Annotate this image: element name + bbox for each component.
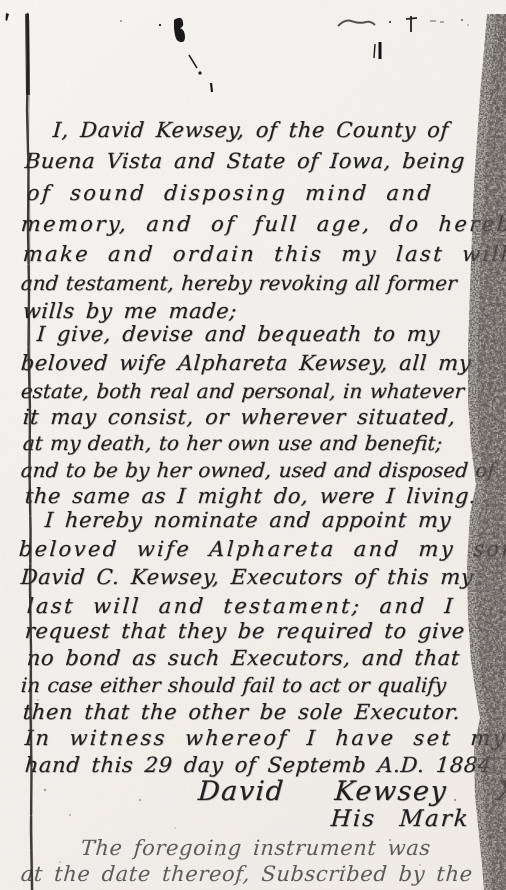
handwritten-line: David C. Kewsey, Executors of this my — [20, 565, 474, 589]
his-mark-label: His Mark — [330, 806, 471, 832]
ink-speck — [374, 44, 375, 58]
handwritten-line: the same as I might do, were I living. — [24, 484, 477, 508]
ink-blob — [174, 18, 185, 42]
handwritten-line: wills by me made; — [22, 299, 238, 323]
signature-line: David Kewsey X — [197, 776, 506, 807]
ink-speck — [189, 55, 197, 68]
handwritten-line: in case either should fail to act or qua… — [20, 673, 447, 697]
ink-speck — [430, 21, 444, 22]
handwritten-line: then that the other be sole Executor. — [22, 700, 461, 724]
ink-speck — [211, 83, 212, 92]
handwritten-line: and testament, hereby revoking all forme… — [20, 271, 457, 295]
ink-specks-top — [6, 13, 469, 92]
handwritten-line: make and ordain this my last will — [22, 242, 506, 266]
handwritten-line: beloved wife Alphareta Kewsey, all my — [20, 351, 472, 375]
ink-scribble — [338, 21, 375, 26]
handwritten-line: memory, and of full age, do hereby — [20, 212, 506, 236]
ink-speck — [6, 13, 10, 21]
handwritten-line: hand this 29 day of Septemb A.D. 1884 — [24, 753, 493, 777]
ink-speck — [467, 24, 469, 26]
handwritten-line: beloved wife Alphareta and my son — [18, 537, 506, 561]
handwritten-line: The foregoing instrument was — [80, 836, 432, 860]
handwritten-line: In witness whereof I have set my — [24, 726, 506, 750]
handwritten-line: I hereby nominate and appoint my — [44, 508, 452, 532]
handwritten-line: at the date thereof, Subscribed by the — [20, 862, 474, 886]
handwritten-line: request that they be required to give — [24, 619, 466, 643]
ink-speck — [120, 20, 122, 22]
handwritten-line: it may consist, or wherever situated, — [22, 405, 456, 429]
handwritten-line: I give, devise and bequeath to my — [36, 322, 441, 346]
ink-speck — [198, 71, 201, 74]
handwritten-line: of sound disposing mind and — [26, 181, 434, 205]
handwritten-line: I, David Kewsey, of the County of — [52, 118, 450, 142]
handwritten-line: and to be by her owned, used and dispose… — [20, 458, 496, 482]
handwritten-line: estate, both real and personal, in whate… — [20, 379, 465, 403]
handwritten-line: last will and testament; and I — [26, 594, 456, 618]
ink-speck — [389, 21, 391, 23]
handwritten-line: Buena Vista and State of Iowa, being — [24, 149, 466, 173]
ink-speck — [159, 24, 161, 26]
ink-cross-mark — [406, 16, 417, 32]
handwritten-line: no bond as such Executors, and that — [26, 646, 461, 670]
handwritten-line: at my death, to her own use and benefit; — [22, 431, 443, 455]
ink-speck — [461, 19, 463, 21]
scanned-will-page: I, David Kewsey, of the County of Buena … — [0, 0, 506, 890]
